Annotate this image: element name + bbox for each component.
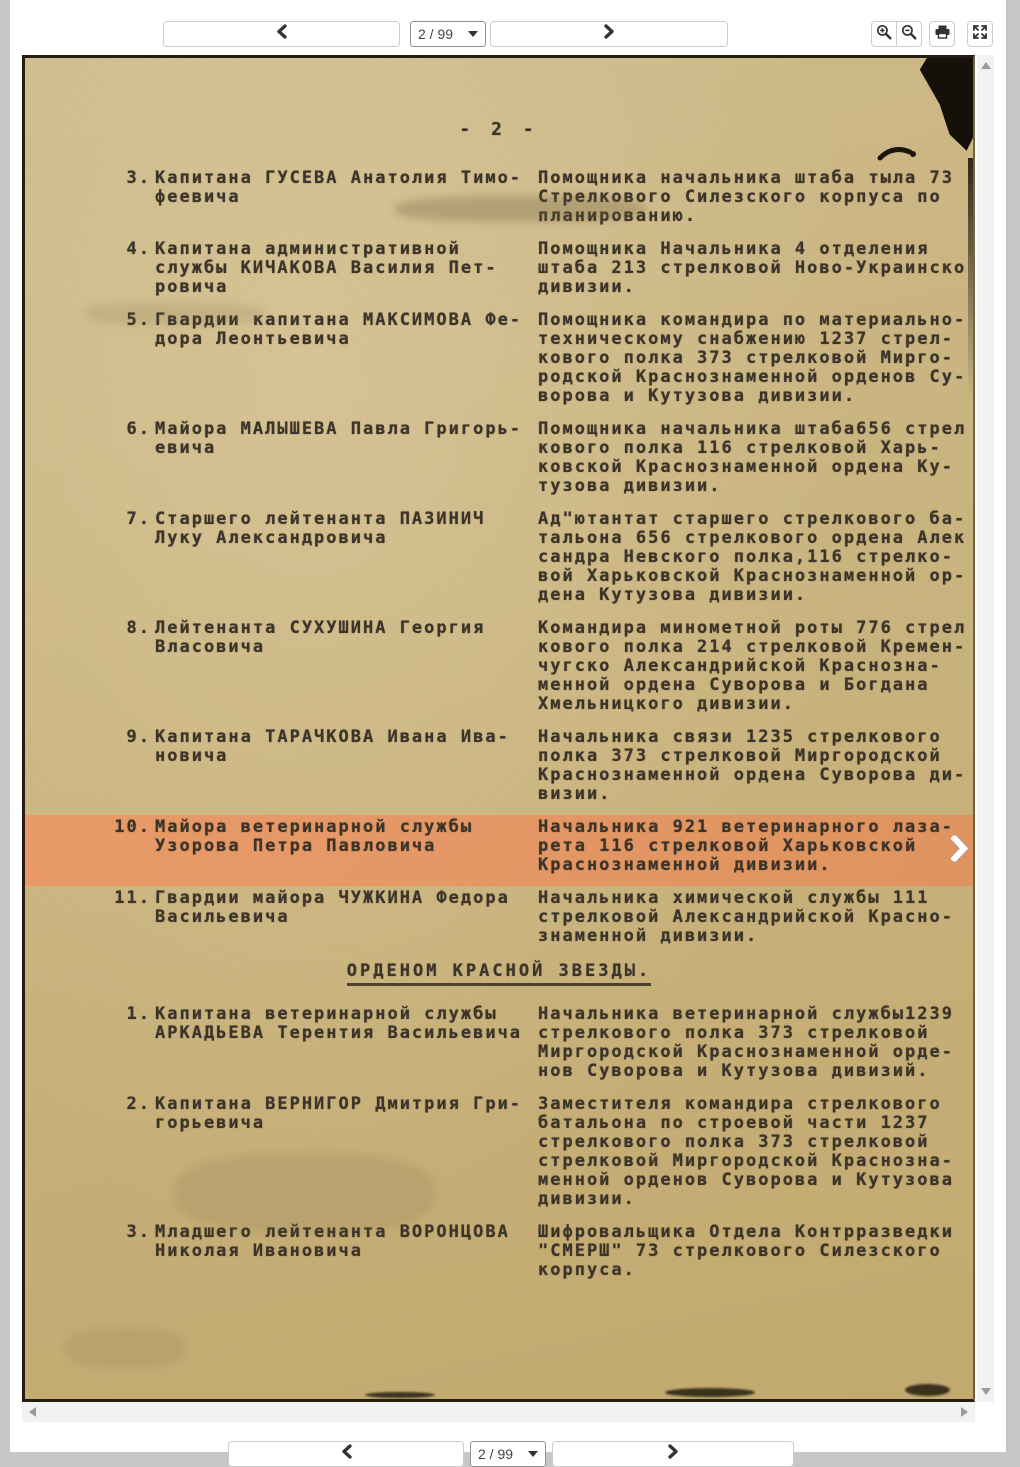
- register-entry: 2. Капитана ВЕРНИГОР Дмитрия Гри- горьев…: [25, 1092, 973, 1220]
- page-select-value: 2 / 99: [418, 26, 453, 42]
- caret-down-icon: [468, 31, 478, 37]
- horizontal-scrollbar[interactable]: [22, 1402, 975, 1422]
- entry-number: 9.: [93, 728, 151, 747]
- entry-officer-name: Капитана административной службы КИЧАКОВ…: [155, 240, 543, 297]
- chevron-right-icon: [603, 24, 616, 44]
- entry-position: Начальника связи 1235 стрелкового полка …: [538, 728, 975, 804]
- scroll-down-icon[interactable]: [981, 1388, 991, 1395]
- entry-position: Ад"ютантат старшего стрелкового ба- таль…: [538, 510, 975, 605]
- scan-bottom-mark: [905, 1384, 950, 1396]
- scan-bottom-mark: [365, 1392, 435, 1398]
- page-number-heading: - 2 -: [25, 58, 973, 139]
- document-scan[interactable]: - 2 - 3. Капитана ГУСЕВА Анатолия Тимо- …: [22, 55, 975, 1402]
- entry-officer-name: Капитана ТАРАЧКОВА Ивана Ива- новича: [155, 728, 543, 766]
- register-entry: 4. Капитана административной службы КИЧА…: [25, 237, 973, 308]
- scan-page: - 2 - 3. Капитана ГУСЕВА Анатолия Тимо- …: [25, 58, 973, 1399]
- next-page-button[interactable]: [490, 21, 728, 47]
- entry-number: 1.: [93, 1005, 151, 1024]
- entry-position: Помощника Начальника 4 отделения штаба 2…: [538, 240, 975, 297]
- entry-officer-name: Гвардии майора ЧУЖКИНА Федора Васильевич…: [155, 889, 543, 927]
- magnifier-minus-icon: [901, 24, 917, 45]
- scan-stain: [395, 196, 645, 222]
- entry-number: 6.: [93, 420, 151, 439]
- register-entry: 3. Младшего лейтенанта ВОРОНЦОВА Николая…: [25, 1220, 973, 1291]
- section-heading: ОРДЕНОМ КРАСНОЙ ЗВЕЗДЫ.: [25, 957, 973, 1002]
- highlight-chevron-right-icon[interactable]: [951, 835, 968, 866]
- entry-position: Шифровальщика Отдела Контрразведки "СМЕР…: [538, 1223, 975, 1280]
- register-entry: 11. Гвардии майора ЧУЖКИНА Федора Василь…: [25, 886, 973, 957]
- register-entry: 8. Лейтенанта СУХУШИНА Георгия Власовича…: [25, 616, 973, 725]
- register-entry: 1. Капитана ветеринарной службы АРКАДЬЕВ…: [25, 1002, 973, 1092]
- entry-officer-name: Старшего лейтенанта ПАЗИНИЧ Луку Алексан…: [155, 510, 543, 548]
- vertical-scrollbar[interactable]: [977, 55, 994, 1402]
- scroll-up-icon[interactable]: [981, 62, 991, 69]
- entry-position: Начальника ветеринарной службы1239 стрел…: [538, 1005, 975, 1081]
- scan-bottom-mark: [665, 1388, 755, 1397]
- scan-ink-mark: [877, 142, 917, 164]
- chevron-right-icon: [667, 1444, 680, 1452]
- zoom-in-button[interactable]: [871, 21, 897, 47]
- scan-stain: [65, 1328, 185, 1368]
- entry-officer-name: Капитана ВЕРНИГОР Дмитрия Гри- горьевича: [155, 1095, 543, 1133]
- zoom-out-button[interactable]: [896, 21, 922, 47]
- entry-position: Помощника командира по материально- техн…: [538, 311, 975, 406]
- entry-position: Помощника начальника штаба656 стрел ково…: [538, 420, 975, 496]
- entry-officer-name: Лейтенанта СУХУШИНА Георгия Власовича: [155, 619, 543, 657]
- page-select-value: 2 / 99: [478, 1446, 513, 1452]
- register-entry: 9. Капитана ТАРАЧКОВА Ивана Ива- новича …: [25, 725, 973, 815]
- entry-number: 3.: [93, 169, 151, 188]
- entry-officer-name: Майора ветеринарной службы Узорова Петра…: [155, 818, 543, 856]
- entry-officer-name: Майора МАЛЫШЕВА Павла Григорь- евича: [155, 420, 543, 458]
- magnifier-plus-icon: [876, 24, 892, 45]
- print-button[interactable]: [929, 21, 955, 47]
- fullscreen-button[interactable]: [967, 21, 993, 47]
- bottom-page-select[interactable]: 2 / 99: [470, 1441, 546, 1452]
- bottom-prev-page-button[interactable]: [228, 1441, 464, 1452]
- chevron-left-icon: [275, 24, 288, 44]
- entry-position: Начальника 921 ветеринарного лаза- рета …: [538, 818, 975, 875]
- entry-number: 11.: [93, 889, 151, 908]
- entry-officer-name: Капитана ветеринарной службы АРКАДЬЕВА Т…: [155, 1005, 543, 1043]
- page-select[interactable]: 2 / 99: [410, 21, 486, 47]
- chevron-left-icon: [340, 1444, 353, 1452]
- entry-number: 7.: [93, 510, 151, 529]
- printer-icon: [934, 24, 951, 45]
- entry-position: Заместителя командира стрелкового баталь…: [538, 1095, 975, 1209]
- scan-stain: [175, 1153, 435, 1233]
- register-entry: 7. Старшего лейтенанта ПАЗИНИЧ Луку Алек…: [25, 507, 973, 616]
- entry-number: 2.: [93, 1095, 151, 1114]
- scan-stain: [85, 303, 265, 325]
- register-entry: 6. Майора МАЛЫШЕВА Павла Григорь- евича …: [25, 417, 973, 507]
- scroll-right-icon[interactable]: [961, 1407, 968, 1417]
- entry-number: 10.: [93, 818, 151, 837]
- entries-list: 3. Капитана ГУСЕВА Анатолия Тимо- феевич…: [25, 166, 973, 1291]
- register-entry: 10. Майора ветеринарной службы Узорова П…: [25, 815, 973, 886]
- bottom-next-page-button[interactable]: [552, 1441, 794, 1452]
- entry-position: Начальника химической службы 111 стрелко…: [538, 889, 975, 946]
- entry-number: 8.: [93, 619, 151, 638]
- expand-arrows-icon: [972, 24, 988, 45]
- scan-edge-shadow: [968, 158, 973, 398]
- entry-number: 4.: [93, 240, 151, 259]
- entry-number: 3.: [93, 1223, 151, 1242]
- prev-page-button[interactable]: [163, 21, 400, 47]
- entry-position: Командира минометной роты 776 стрел ково…: [538, 619, 975, 714]
- scroll-left-icon[interactable]: [29, 1407, 36, 1417]
